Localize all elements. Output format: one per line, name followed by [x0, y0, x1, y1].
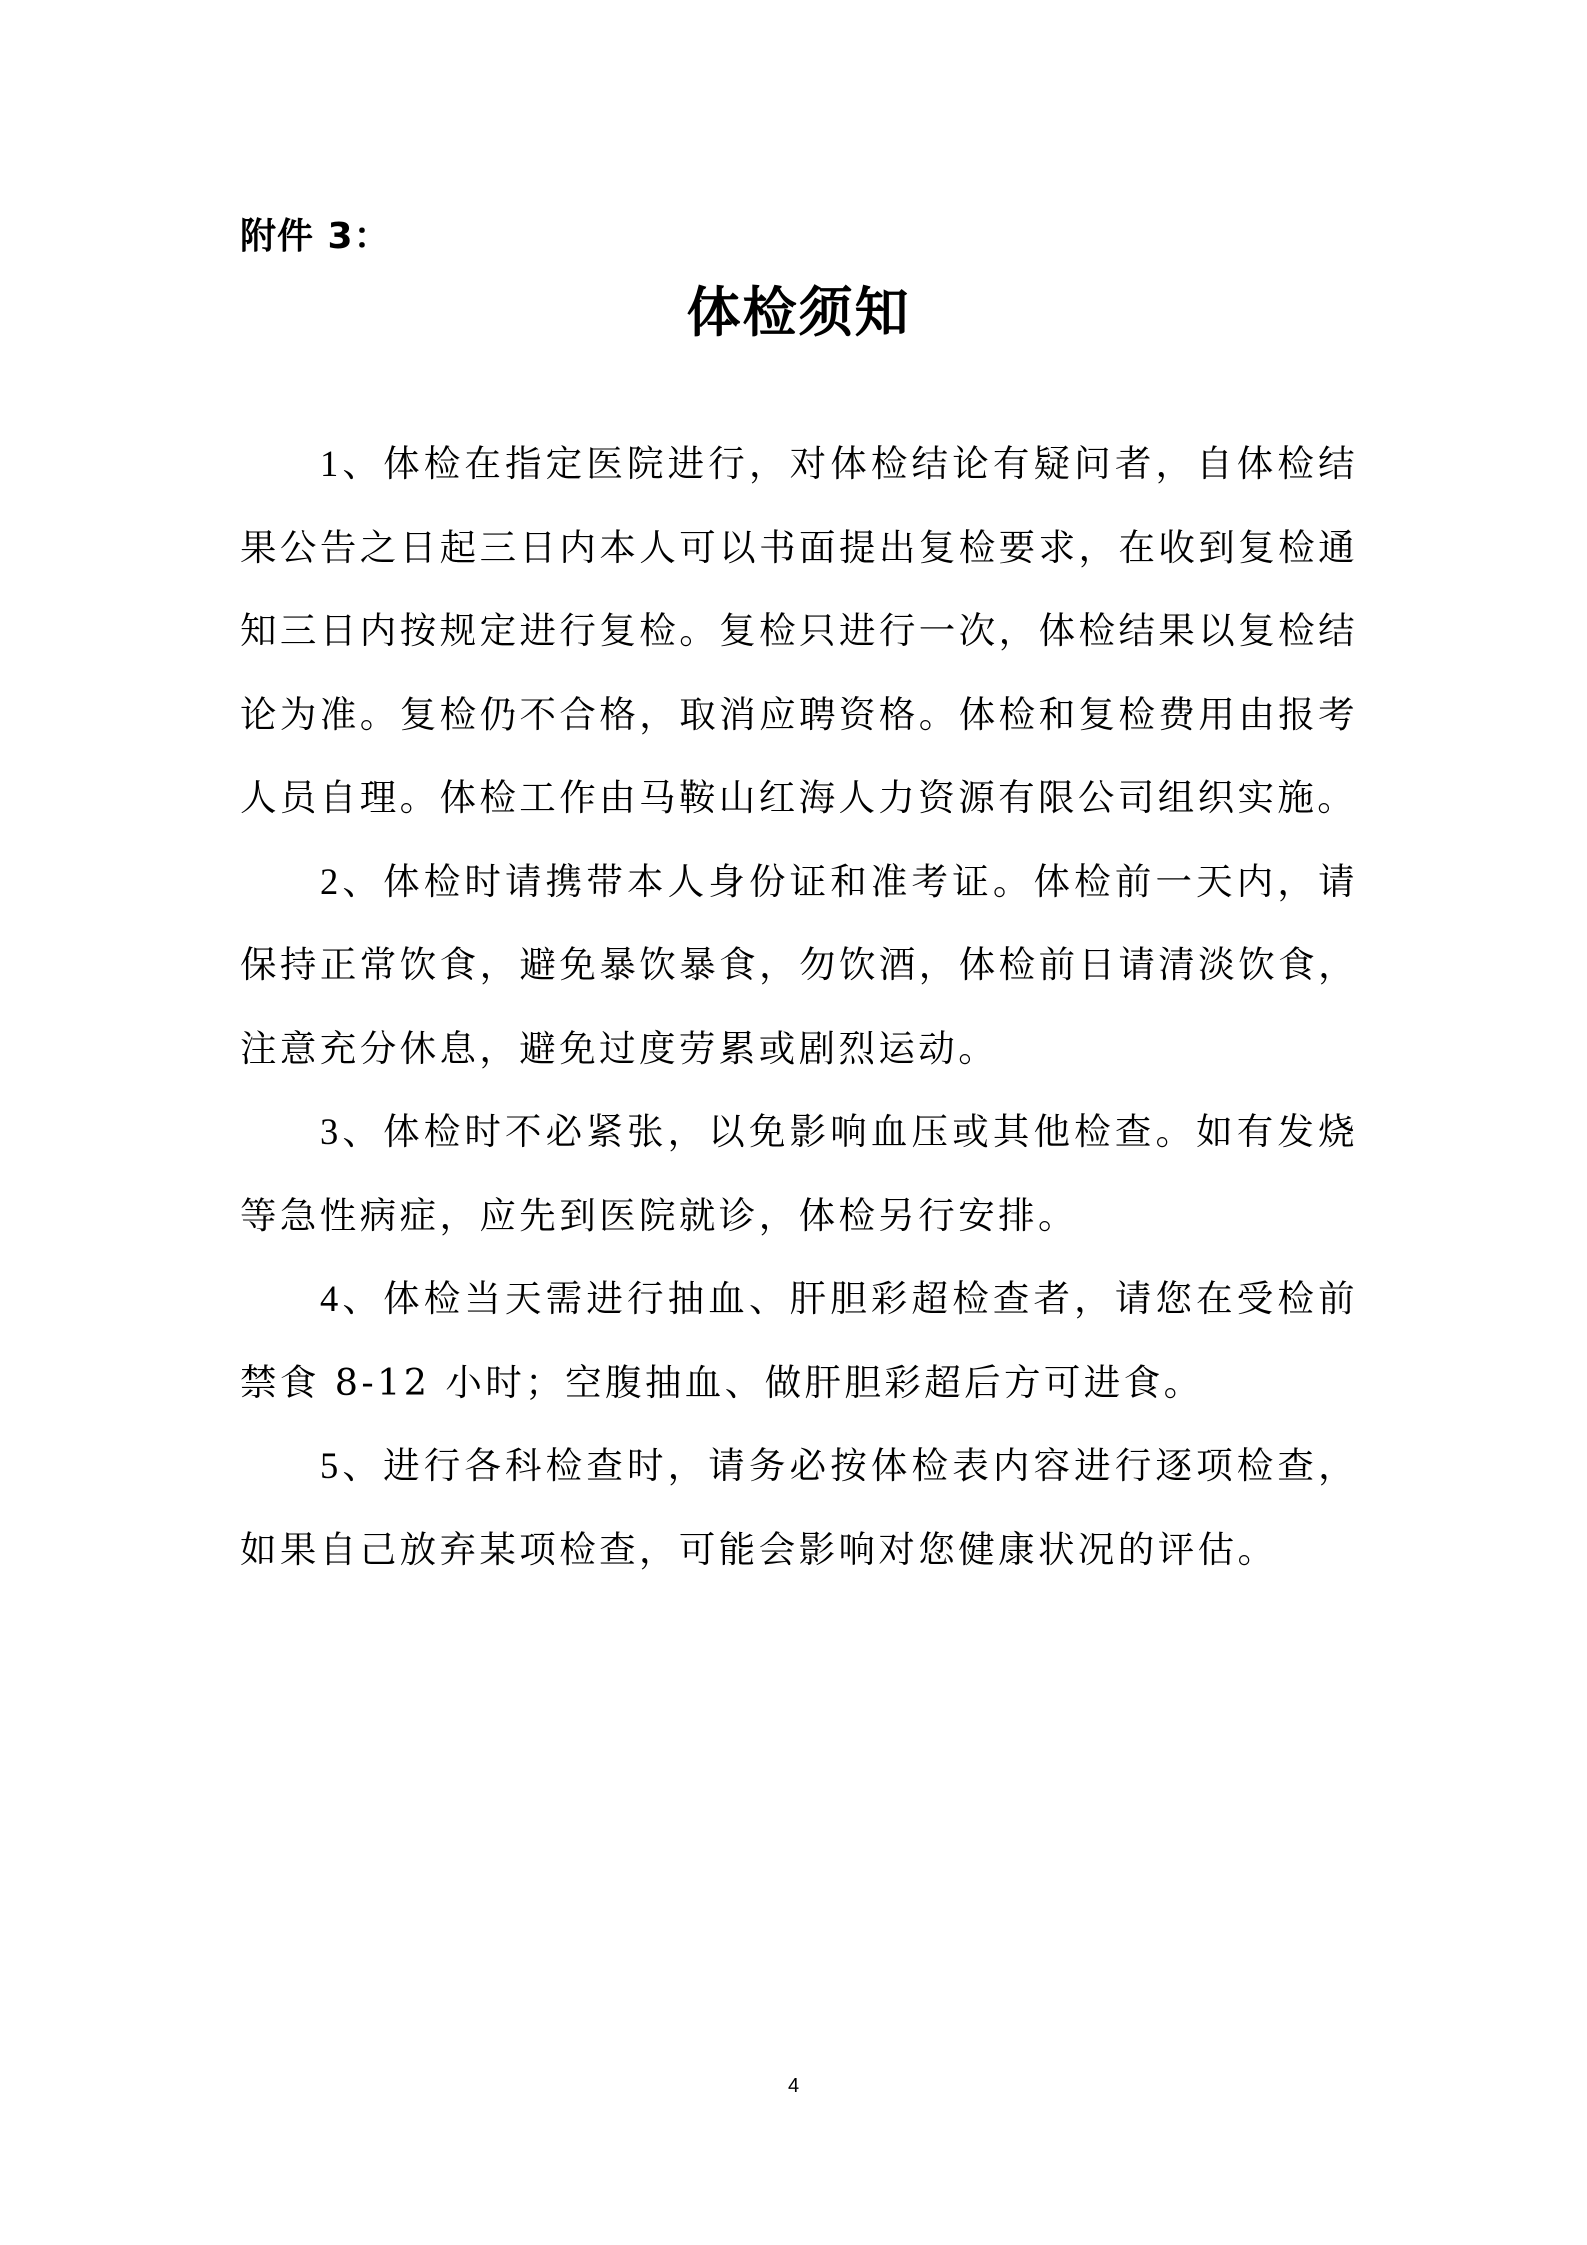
item-number: 4、: [320, 1278, 383, 1319]
item-text: 体检当天需进行抽血、肝胆彩超检查者，请您在受检前禁食 8-12 小时；空腹抽血、…: [240, 1277, 1358, 1404]
item-number: 3、: [320, 1111, 383, 1152]
item-text: 体检时请携带本人身份证和准考证。体检前一天内，请保持正常饮食，避免暴饮暴食，勿饮…: [240, 860, 1358, 1070]
document-title: 体检须知: [0, 278, 1587, 348]
item-number: 5、: [320, 1445, 383, 1486]
document-page: 附件 3： 体检须知 1、体检在指定医院进行，对体检结论有疑问者，自体检结果公告…: [0, 0, 1587, 2245]
item-number: 1、: [320, 443, 383, 484]
document-body: 1、体检在指定医院进行，对体检结论有疑问者，自体检结果公告之日起三日内本人可以书…: [240, 422, 1358, 1591]
item-number: 2、: [320, 861, 383, 902]
page-number: 4: [0, 2074, 1587, 2098]
item-text: 体检时不必紧张，以免影响血压或其他检查。如有发烧等急性病症，应先到医院就诊，体检…: [240, 1110, 1358, 1237]
item-text: 体检在指定医院进行，对体检结论有疑问者，自体检结果公告之日起三日内本人可以书面提…: [240, 442, 1358, 819]
notice-item-3: 3、体检时不必紧张，以免影响血压或其他检查。如有发烧等急性病症，应先到医院就诊，…: [240, 1090, 1358, 1257]
notice-item-1: 1、体检在指定医院进行，对体检结论有疑问者，自体检结果公告之日起三日内本人可以书…: [240, 422, 1358, 840]
notice-item-4: 4、体检当天需进行抽血、肝胆彩超检查者，请您在受检前禁食 8-12 小时；空腹抽…: [240, 1257, 1358, 1424]
notice-item-2: 2、体检时请携带本人身份证和准考证。体检前一天内，请保持正常饮食，避免暴饮暴食，…: [240, 840, 1358, 1091]
attachment-label: 附件 3：: [240, 212, 391, 262]
notice-item-5: 5、进行各科检查时，请务必按体检表内容进行逐项检查，如果自己放弃某项检查，可能会…: [240, 1424, 1358, 1591]
item-text: 进行各科检查时，请务必按体检表内容进行逐项检查，如果自己放弃某项检查，可能会影响…: [240, 1444, 1358, 1571]
